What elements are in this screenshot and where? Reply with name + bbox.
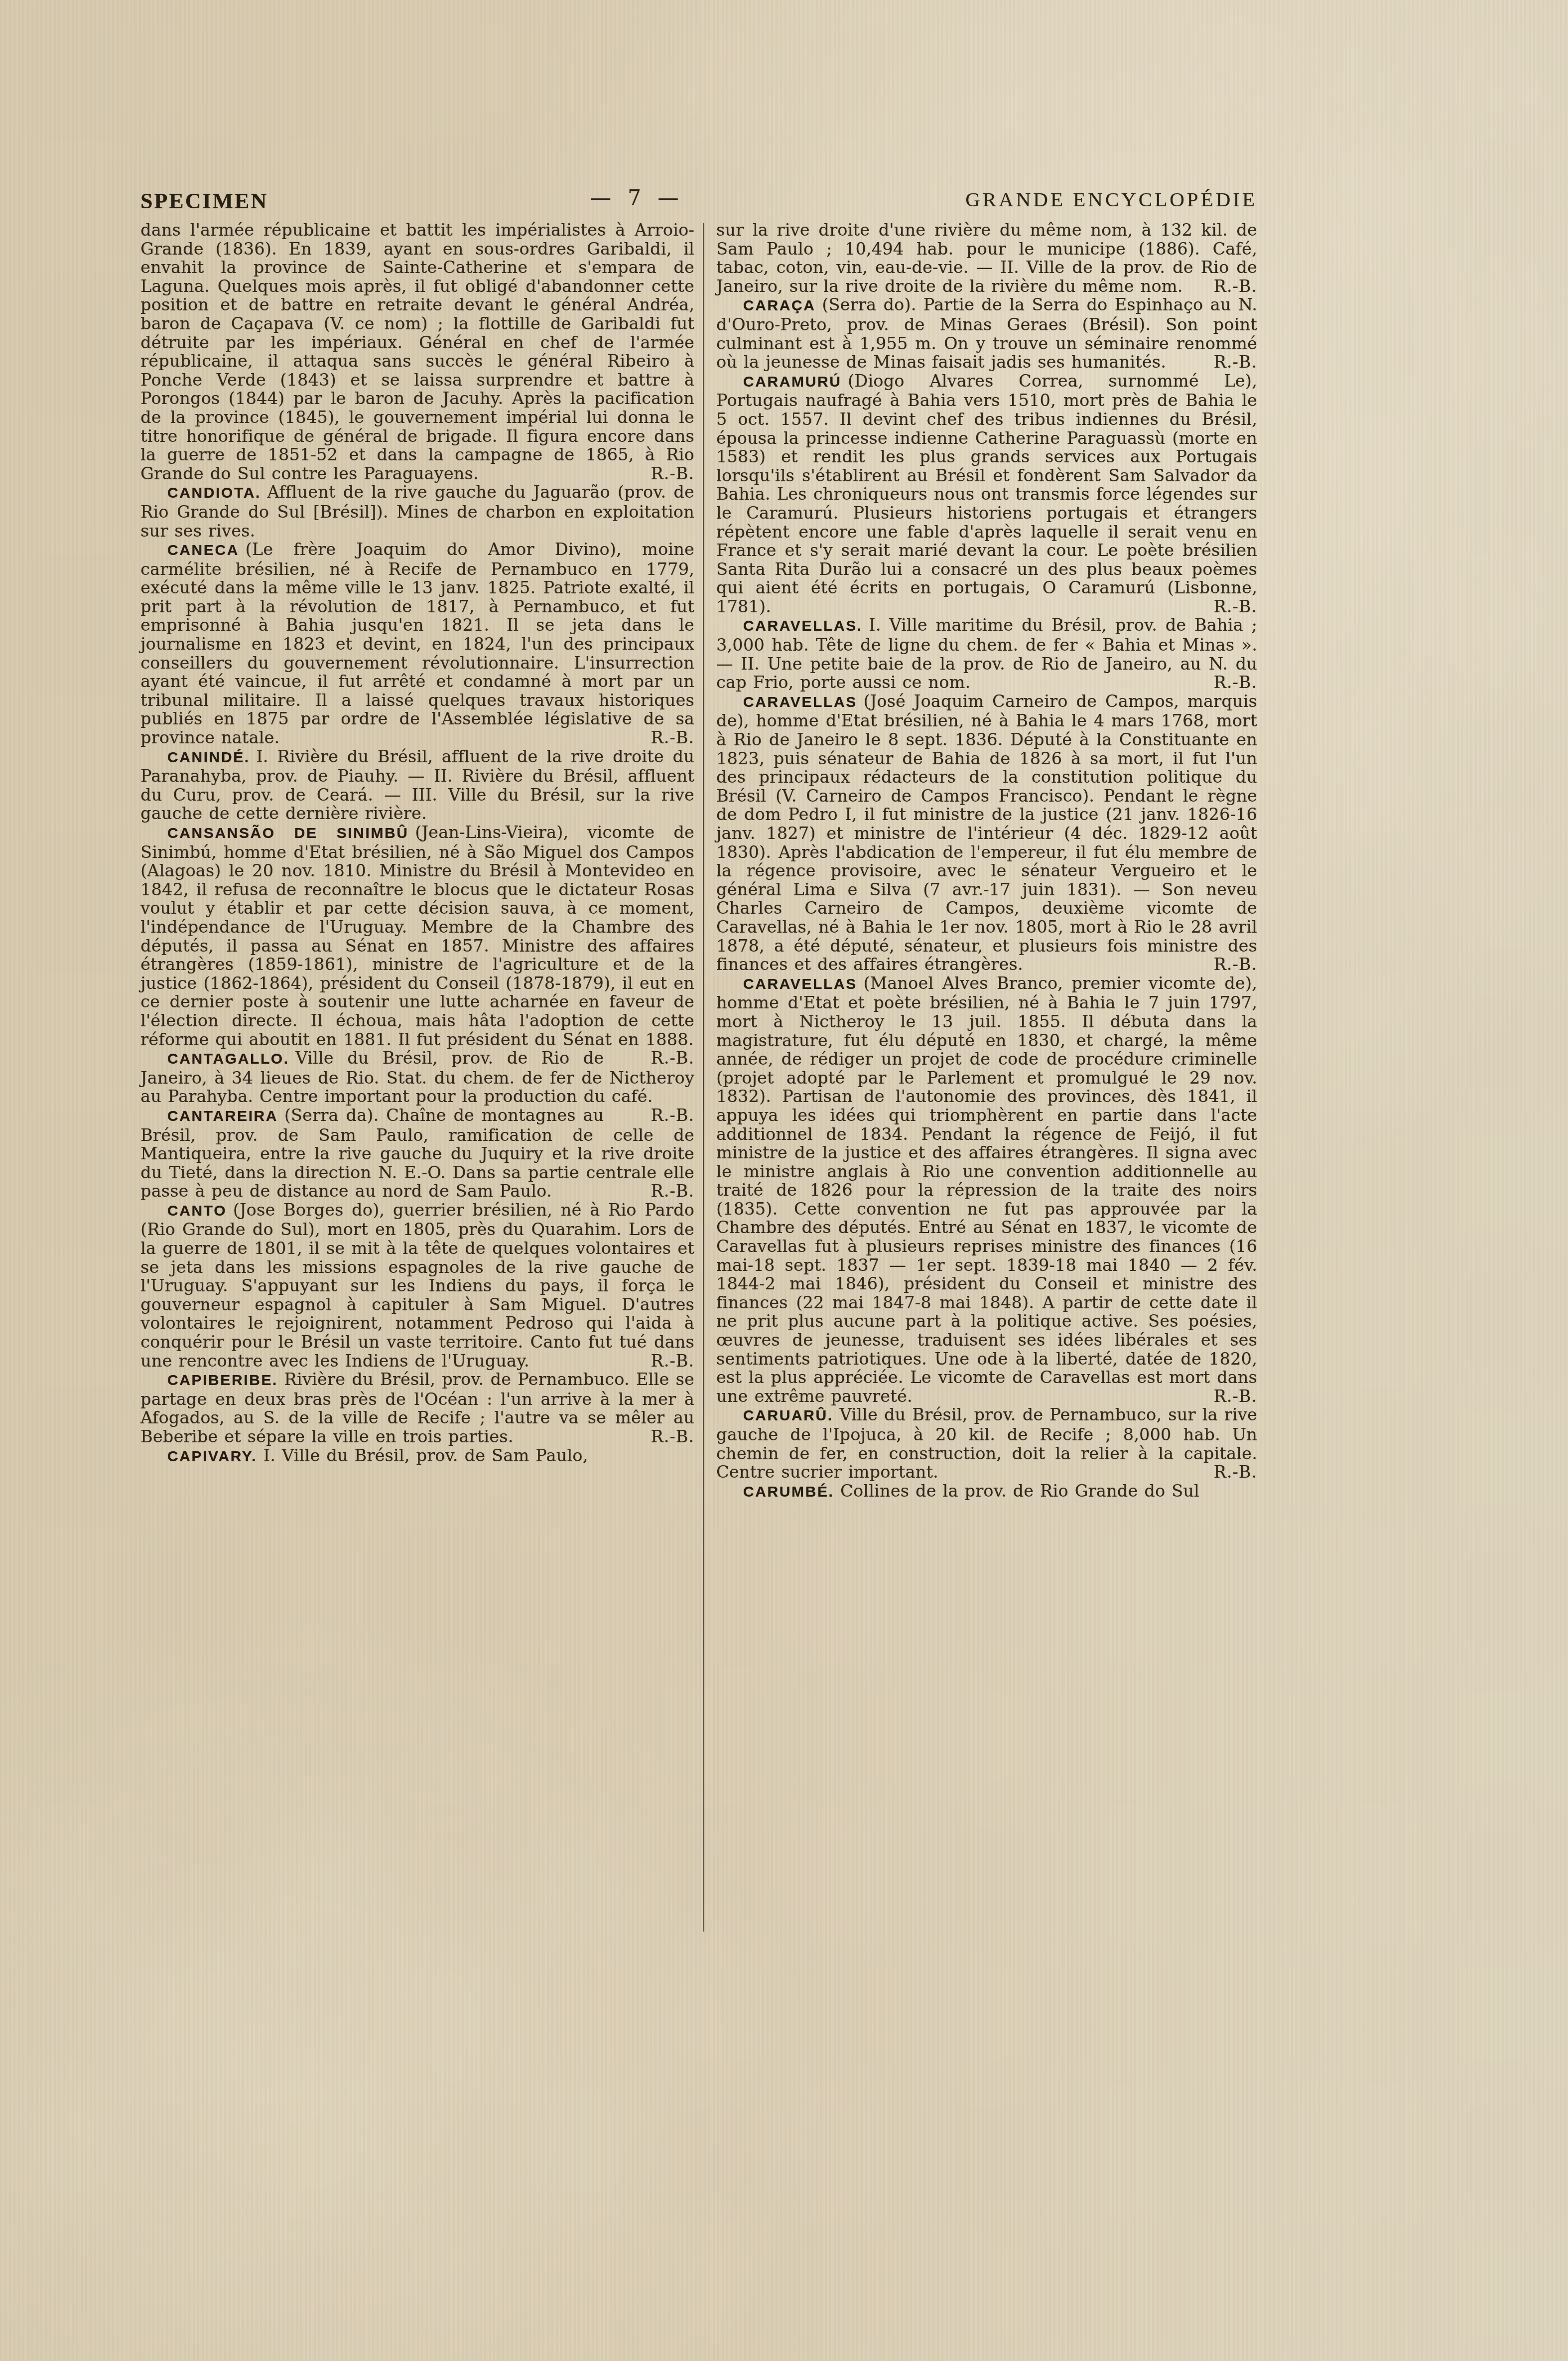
author-signature: R.-B.	[624, 1182, 694, 1201]
left-text-column: dans l'armée républicaine et battit les …	[140, 221, 694, 1466]
entry-headword: CANTO	[167, 1203, 227, 1219]
author-signature: R.-B.	[1187, 597, 1257, 616]
entry-body-text: sur la rive droite d'une rivière du même…	[716, 220, 1257, 296]
scanned-encyclopedia-page: SPECIMEN — 7 — GRANDE ENCYCLOPÉDIE dans …	[0, 0, 1568, 2361]
entry-headword: CARUARÛ.	[743, 1407, 833, 1424]
entry-headword: CANINDÉ.	[167, 749, 250, 766]
author-signature: R.-B.	[1187, 353, 1257, 372]
entry-headword: CANTAGALLO.	[167, 1051, 289, 1067]
entry-headword: CANSANSÃO DE SINIMBÛ	[167, 825, 409, 841]
encyclopedia-entry: CANECA(Le frère Joaquim do Amor Divino),…	[140, 540, 694, 747]
entry-body-text: I. Ville du Brésil, prov. de Sam Paulo,	[263, 1446, 588, 1465]
encyclopedia-entry: CANINDÉ.I. Rivière du Brésil, affluent d…	[140, 747, 694, 823]
encyclopedia-entry: CARAVELLAS.I. Ville maritime du Brésil, …	[716, 616, 1257, 692]
encyclopedia-entry: CANTO(Jose Borges do), guerrier brésilie…	[140, 1201, 694, 1370]
entry-headword: CANDIOTA.	[167, 485, 261, 501]
entry-headword: CAPIBERIBE.	[167, 1372, 278, 1389]
entry-body-text: (José Joaquim Carneiro de Campos, marqui…	[716, 692, 1257, 974]
specimen-label: SPECIMEN	[140, 188, 268, 214]
author-signature: R.-B.	[1187, 1463, 1257, 1482]
author-signature: R.-B.	[1187, 955, 1257, 974]
author-signature: R.-B.	[1187, 1387, 1257, 1406]
page-number: — 7 —	[590, 185, 683, 210]
encyclopedia-entry: CARAVELLAS(Manoel Alves Branco, premier …	[716, 974, 1257, 1406]
encyclopedia-entry: CANDIOTA.Affluent de la rive gauche du J…	[140, 483, 694, 540]
running-head: SPECIMEN — 7 — GRANDE ENCYCLOPÉDIE	[140, 185, 1257, 211]
entry-headword: CAPIVARY.	[167, 1448, 257, 1465]
encyclopedia-entry: CARAÇA(Serra do). Partie de la Serra do …	[716, 295, 1257, 371]
encyclopedia-entry: CARUMBÉ.Collines de la prov. de Rio Gran…	[716, 1482, 1257, 1502]
encyclopedia-entry: CARAMURÚ(Diogo Alvares Correa, surnommé …	[716, 372, 1257, 616]
entry-headword: CARAVELLAS.	[743, 618, 863, 634]
encyclopedia-entry: CAPIVARY.I. Ville du Brésil, prov. de Sa…	[140, 1446, 694, 1466]
encyclopedia-entry: CANSANSÃO DE SINIMBÛ(Jean-Lins-Vieira), …	[140, 823, 694, 1049]
entry-body-text: dans l'armée républicaine et battit les …	[140, 220, 694, 483]
column-divider-rule	[703, 223, 704, 1932]
encyclopedia-entry: CARAVELLAS(José Joaquim Carneiro de Camp…	[716, 692, 1257, 974]
entry-headword: CARAVELLAS	[743, 976, 857, 992]
entry-headword: CANTAREIRA	[167, 1108, 278, 1124]
author-signature: R.-B.	[624, 1049, 694, 1068]
author-signature: R.-B.	[624, 1106, 694, 1125]
author-signature: R.-B.	[624, 1352, 694, 1371]
encyclopedia-entry: CANTAGALLO.Ville du Brésil, prov. de Rio…	[140, 1049, 694, 1106]
author-signature: R.-B.	[1187, 673, 1257, 692]
entry-body-text: (Diogo Alvares Correa, surnommé Le), Por…	[716, 371, 1257, 616]
entry-headword: CARAÇA	[743, 297, 816, 314]
entry-headword: CANECA	[167, 542, 239, 558]
author-signature: R.-B.	[651, 464, 694, 483]
author-signature: R.-B.	[624, 728, 694, 747]
publication-title: GRANDE ENCYCLOPÉDIE	[965, 187, 1257, 211]
encyclopedia-entry: dans l'armée républicaine et battit les …	[140, 221, 694, 483]
author-signature: R.-B.	[1214, 277, 1257, 296]
author-signature: R.-B.	[624, 1427, 694, 1446]
right-text-column: sur la rive droite d'une rivière du même…	[716, 221, 1257, 1501]
entry-headword: CARAMURÚ	[743, 374, 841, 390]
entry-body-text: (Jose Borges do), guerrier brésilien, né…	[140, 1200, 694, 1371]
encyclopedia-entry: CARUARÛ.Ville du Brésil, prov. de Pernam…	[716, 1405, 1257, 1481]
entry-headword: CARAVELLAS	[743, 694, 857, 710]
entry-body-text: (Manoel Alves Branco, premier vicomte de…	[716, 973, 1257, 1406]
encyclopedia-entry: CAPIBERIBE.Rivière du Brésil, prov. de P…	[140, 1370, 694, 1446]
encyclopedia-entry: sur la rive droite d'une rivière du même…	[716, 221, 1257, 295]
entry-body-text: (Jean-Lins-Vieira), vicomte de Sinimbú, …	[140, 823, 694, 1049]
encyclopedia-entry: CANTAREIRA(Serra da). Chaîne de montagne…	[140, 1106, 694, 1201]
entry-body-text: Collines de la prov. de Rio Grande do Su…	[840, 1481, 1199, 1501]
entry-headword: CARUMBÉ.	[743, 1484, 834, 1500]
entry-body-text: (Le frère Joaquim do Amor Divino), moine…	[140, 540, 694, 747]
